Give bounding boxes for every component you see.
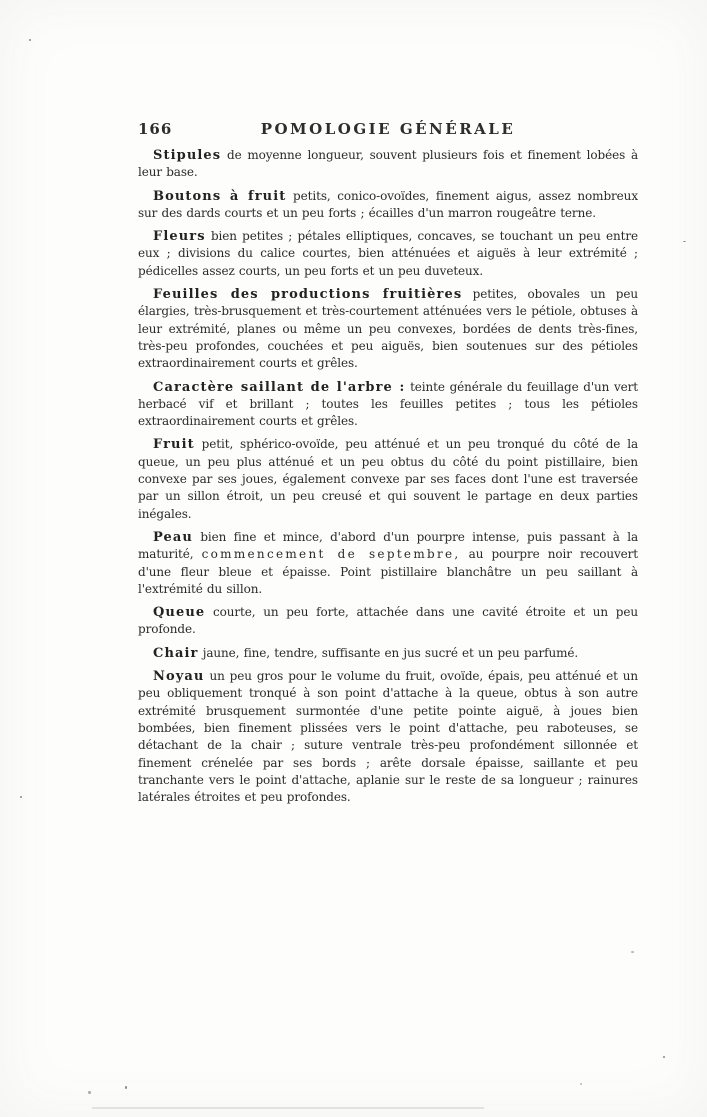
paragraph-lead: Fleurs xyxy=(153,229,206,244)
paragraph: Chair jaune, fine, tendre, suffisante en… xyxy=(138,645,638,662)
paragraph: Queue courte, un peu forte, attachée dan… xyxy=(138,604,638,639)
running-title: POMOLOGIE GÉNÉRALE xyxy=(138,120,638,138)
paragraph-text: commencement de septembre, xyxy=(202,547,461,561)
paragraph-text: bien petites ; pétales elliptiques, conc… xyxy=(138,229,638,278)
paragraph-lead: Caractère saillant de l'arbre : xyxy=(153,380,405,395)
paragraph-lead: Queue xyxy=(153,605,205,620)
scan-speck xyxy=(125,1086,127,1089)
paragraph-lead: Chair xyxy=(153,646,199,661)
paragraph: Stipules de moyenne longueur, souvent pl… xyxy=(138,147,638,182)
paragraph: Caractère saillant de l'arbre : teinte g… xyxy=(138,379,638,431)
paragraph-lead: Boutons à fruit xyxy=(153,189,286,204)
paragraph: Noyau un peu gros pour le volume du frui… xyxy=(138,668,638,806)
paragraph-text: un peu gros pour le volume du fruit, ovo… xyxy=(138,669,638,804)
paragraph-lead: Peau xyxy=(153,530,193,545)
paragraph: Feuilles des productions fruitières peti… xyxy=(138,286,638,372)
page-header: 166 POMOLOGIE GÉNÉRALE xyxy=(138,120,638,142)
text-block: Stipules de moyenne longueur, souvent pl… xyxy=(138,147,638,812)
scan-speck xyxy=(29,39,31,41)
paragraph: Boutons à fruit petits, conico-ovoïdes, … xyxy=(138,188,638,223)
scan-speck xyxy=(20,796,22,798)
scan-speck xyxy=(683,241,686,242)
paragraph-text: jaune, fine, tendre, suffisante en jus s… xyxy=(203,646,578,660)
book-page: 166 POMOLOGIE GÉNÉRALE Stipules de moyen… xyxy=(0,0,707,1117)
scan-speck xyxy=(663,1056,665,1058)
paragraph-lead: Stipules xyxy=(153,148,221,163)
paragraph: Fruit petit, sphérico-ovoïde, peu atténu… xyxy=(138,436,638,522)
paragraph-lead: Feuilles des productions fruitières xyxy=(153,287,462,302)
scan-speck xyxy=(580,1083,582,1085)
paragraph-text: courte, un peu forte, attachée dans une … xyxy=(138,605,638,636)
paragraph: Fleurs bien petites ; pétales elliptique… xyxy=(138,228,638,280)
scan-speck xyxy=(88,1091,91,1094)
paragraph: Peau bien fine et mince, d'abord d'un po… xyxy=(138,529,638,598)
paragraph-lead: Fruit xyxy=(153,437,195,452)
scan-smudge xyxy=(92,1107,484,1109)
paragraph-lead: Noyau xyxy=(153,669,204,684)
scan-speck xyxy=(631,951,634,953)
paragraph-text: petit, sphérico-ovoïde, peu atténué et u… xyxy=(138,437,638,520)
